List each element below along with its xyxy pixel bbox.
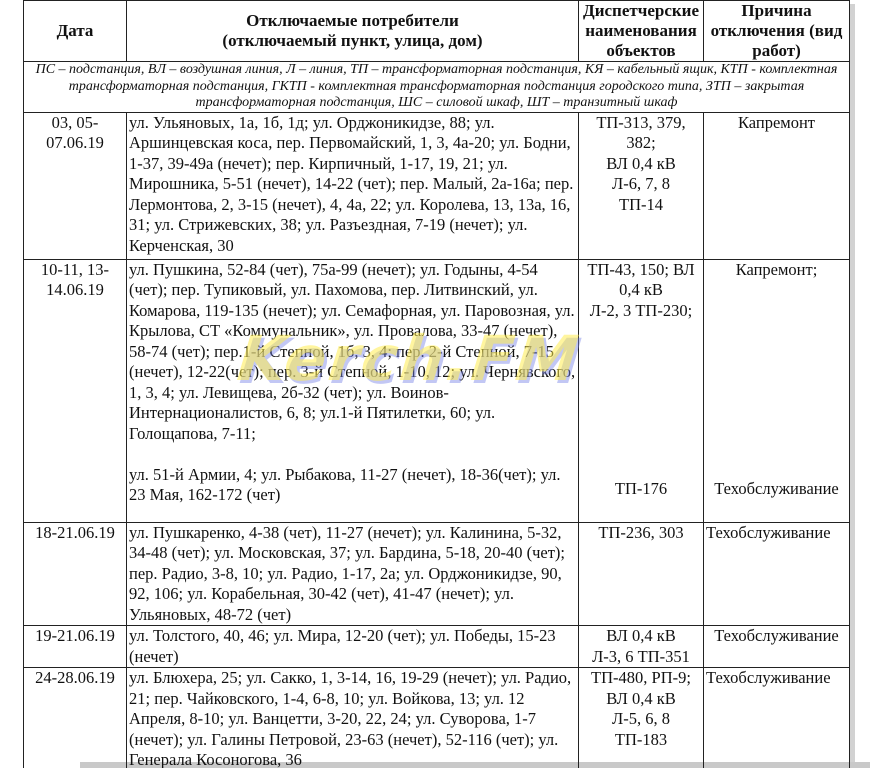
dispatch-line: Л-5, 6, 8	[581, 709, 701, 730]
table-row: 24-28.06.19 ул. Блюхера, 25; ул. Сакко, …	[24, 668, 850, 768]
reason-extra: Техобслуживание	[704, 479, 849, 500]
dispatch-line: ТП-236, 303	[581, 523, 701, 544]
row-dispatch: ТП-480, РП-9; ВЛ 0,4 кВ Л-5, 6, 8 ТП-183	[579, 668, 704, 768]
row-consumers: ул. Пушкаренко, 4-38 (чет), 11-27 (нечет…	[127, 522, 579, 626]
row-consumers: ул. Пушкина, 52-84 (чет), 75а-99 (нечет)…	[127, 259, 579, 522]
consumers-extra: ул. 51-й Армии, 4; ул. Рыбакова, 11-27 (…	[129, 465, 576, 506]
consumers-main: ул. Пушкина, 52-84 (чет), 75а-99 (нечет)…	[129, 260, 576, 445]
dispatch-extra: ТП-176	[579, 479, 703, 500]
header-date: Дата	[24, 1, 127, 62]
dispatch-line: Л-3, 6 ТП-351	[581, 647, 701, 668]
dispatch-line: ВЛ 0,4 кВ	[581, 154, 701, 175]
header-consumers: Отключаемые потребители (отключаемый пун…	[127, 1, 579, 62]
dispatch-line: ТП-183	[581, 730, 701, 751]
row-consumers: ул. Толстого, 40, 46; ул. Мира, 12-20 (ч…	[127, 626, 579, 668]
abbreviations-legend: ПС – подстанция, ВЛ – воздушная линия, Л…	[24, 62, 850, 113]
header-consumers-line1: Отключаемые потребители	[246, 11, 459, 30]
row-reason: Техобслуживание	[704, 626, 850, 668]
row-reason: Техобслуживание	[704, 668, 850, 768]
reason-main: Капремонт;	[706, 260, 847, 281]
row-reason: Техобслуживание	[704, 522, 850, 626]
row-date: 24-28.06.19	[24, 668, 127, 768]
row-dispatch: ТП-313, 379, 382; ВЛ 0,4 кВ Л-6, 7, 8 ТП…	[579, 112, 704, 259]
dispatch-line: ВЛ 0,4 кВ	[581, 626, 701, 647]
table-row: 19-21.06.19 ул. Толстого, 40, 46; ул. Ми…	[24, 626, 850, 668]
dispatch-line: ТП-43, 150; ВЛ 0,4 кВ	[581, 260, 701, 301]
row-dispatch: ВЛ 0,4 кВ Л-3, 6 ТП-351	[579, 626, 704, 668]
table-row: 10-11, 13-14.06.19 ул. Пушкина, 52-84 (ч…	[24, 259, 850, 522]
row-reason: Капремонт	[704, 112, 850, 259]
row-dispatch: ТП-43, 150; ВЛ 0,4 кВ Л-2, 3 ТП-230; ТП-…	[579, 259, 704, 522]
dispatch-line: ТП-14	[581, 195, 701, 216]
dispatch-line: ТП-480, РП-9;	[581, 668, 701, 689]
dispatch-line: ВЛ 0,4 кВ	[581, 689, 701, 710]
row-dispatch: ТП-236, 303	[579, 522, 704, 626]
row-reason: Капремонт; Техобслуживание	[704, 259, 850, 522]
dispatch-line: Л-6, 7, 8	[581, 174, 701, 195]
table-row: 03, 05-07.06.19 ул. Ульяновых, 1а, 1б, 1…	[24, 112, 850, 259]
row-date: 18-21.06.19	[24, 522, 127, 626]
header-reason: Причина отключения (вид работ)	[704, 1, 850, 62]
row-date: 10-11, 13-14.06.19	[24, 259, 127, 522]
header-row: Дата Отключаемые потребители (отключаемы…	[24, 1, 850, 62]
header-dispatch: Диспетчерские наименования объектов	[579, 1, 704, 62]
dispatch-line: Л-2, 3 ТП-230;	[581, 301, 701, 322]
header-consumers-line2: (отключаемый пункт, улица, дом)	[222, 31, 482, 50]
row-consumers: ул. Ульяновых, 1а, 1б, 1д; ул. Орджоники…	[127, 112, 579, 259]
table-row: 18-21.06.19 ул. Пушкаренко, 4-38 (чет), …	[24, 522, 850, 626]
outage-schedule-table: Дата Отключаемые потребители (отключаемы…	[23, 0, 850, 768]
row-date: 03, 05-07.06.19	[24, 112, 127, 259]
legend-row: ПС – подстанция, ВЛ – воздушная линия, Л…	[24, 62, 850, 113]
row-consumers: ул. Блюхера, 25; ул. Сакко, 1, 3-14, 16,…	[127, 668, 579, 768]
row-date: 19-21.06.19	[24, 626, 127, 668]
dispatch-line: ТП-313, 379, 382;	[581, 113, 701, 154]
